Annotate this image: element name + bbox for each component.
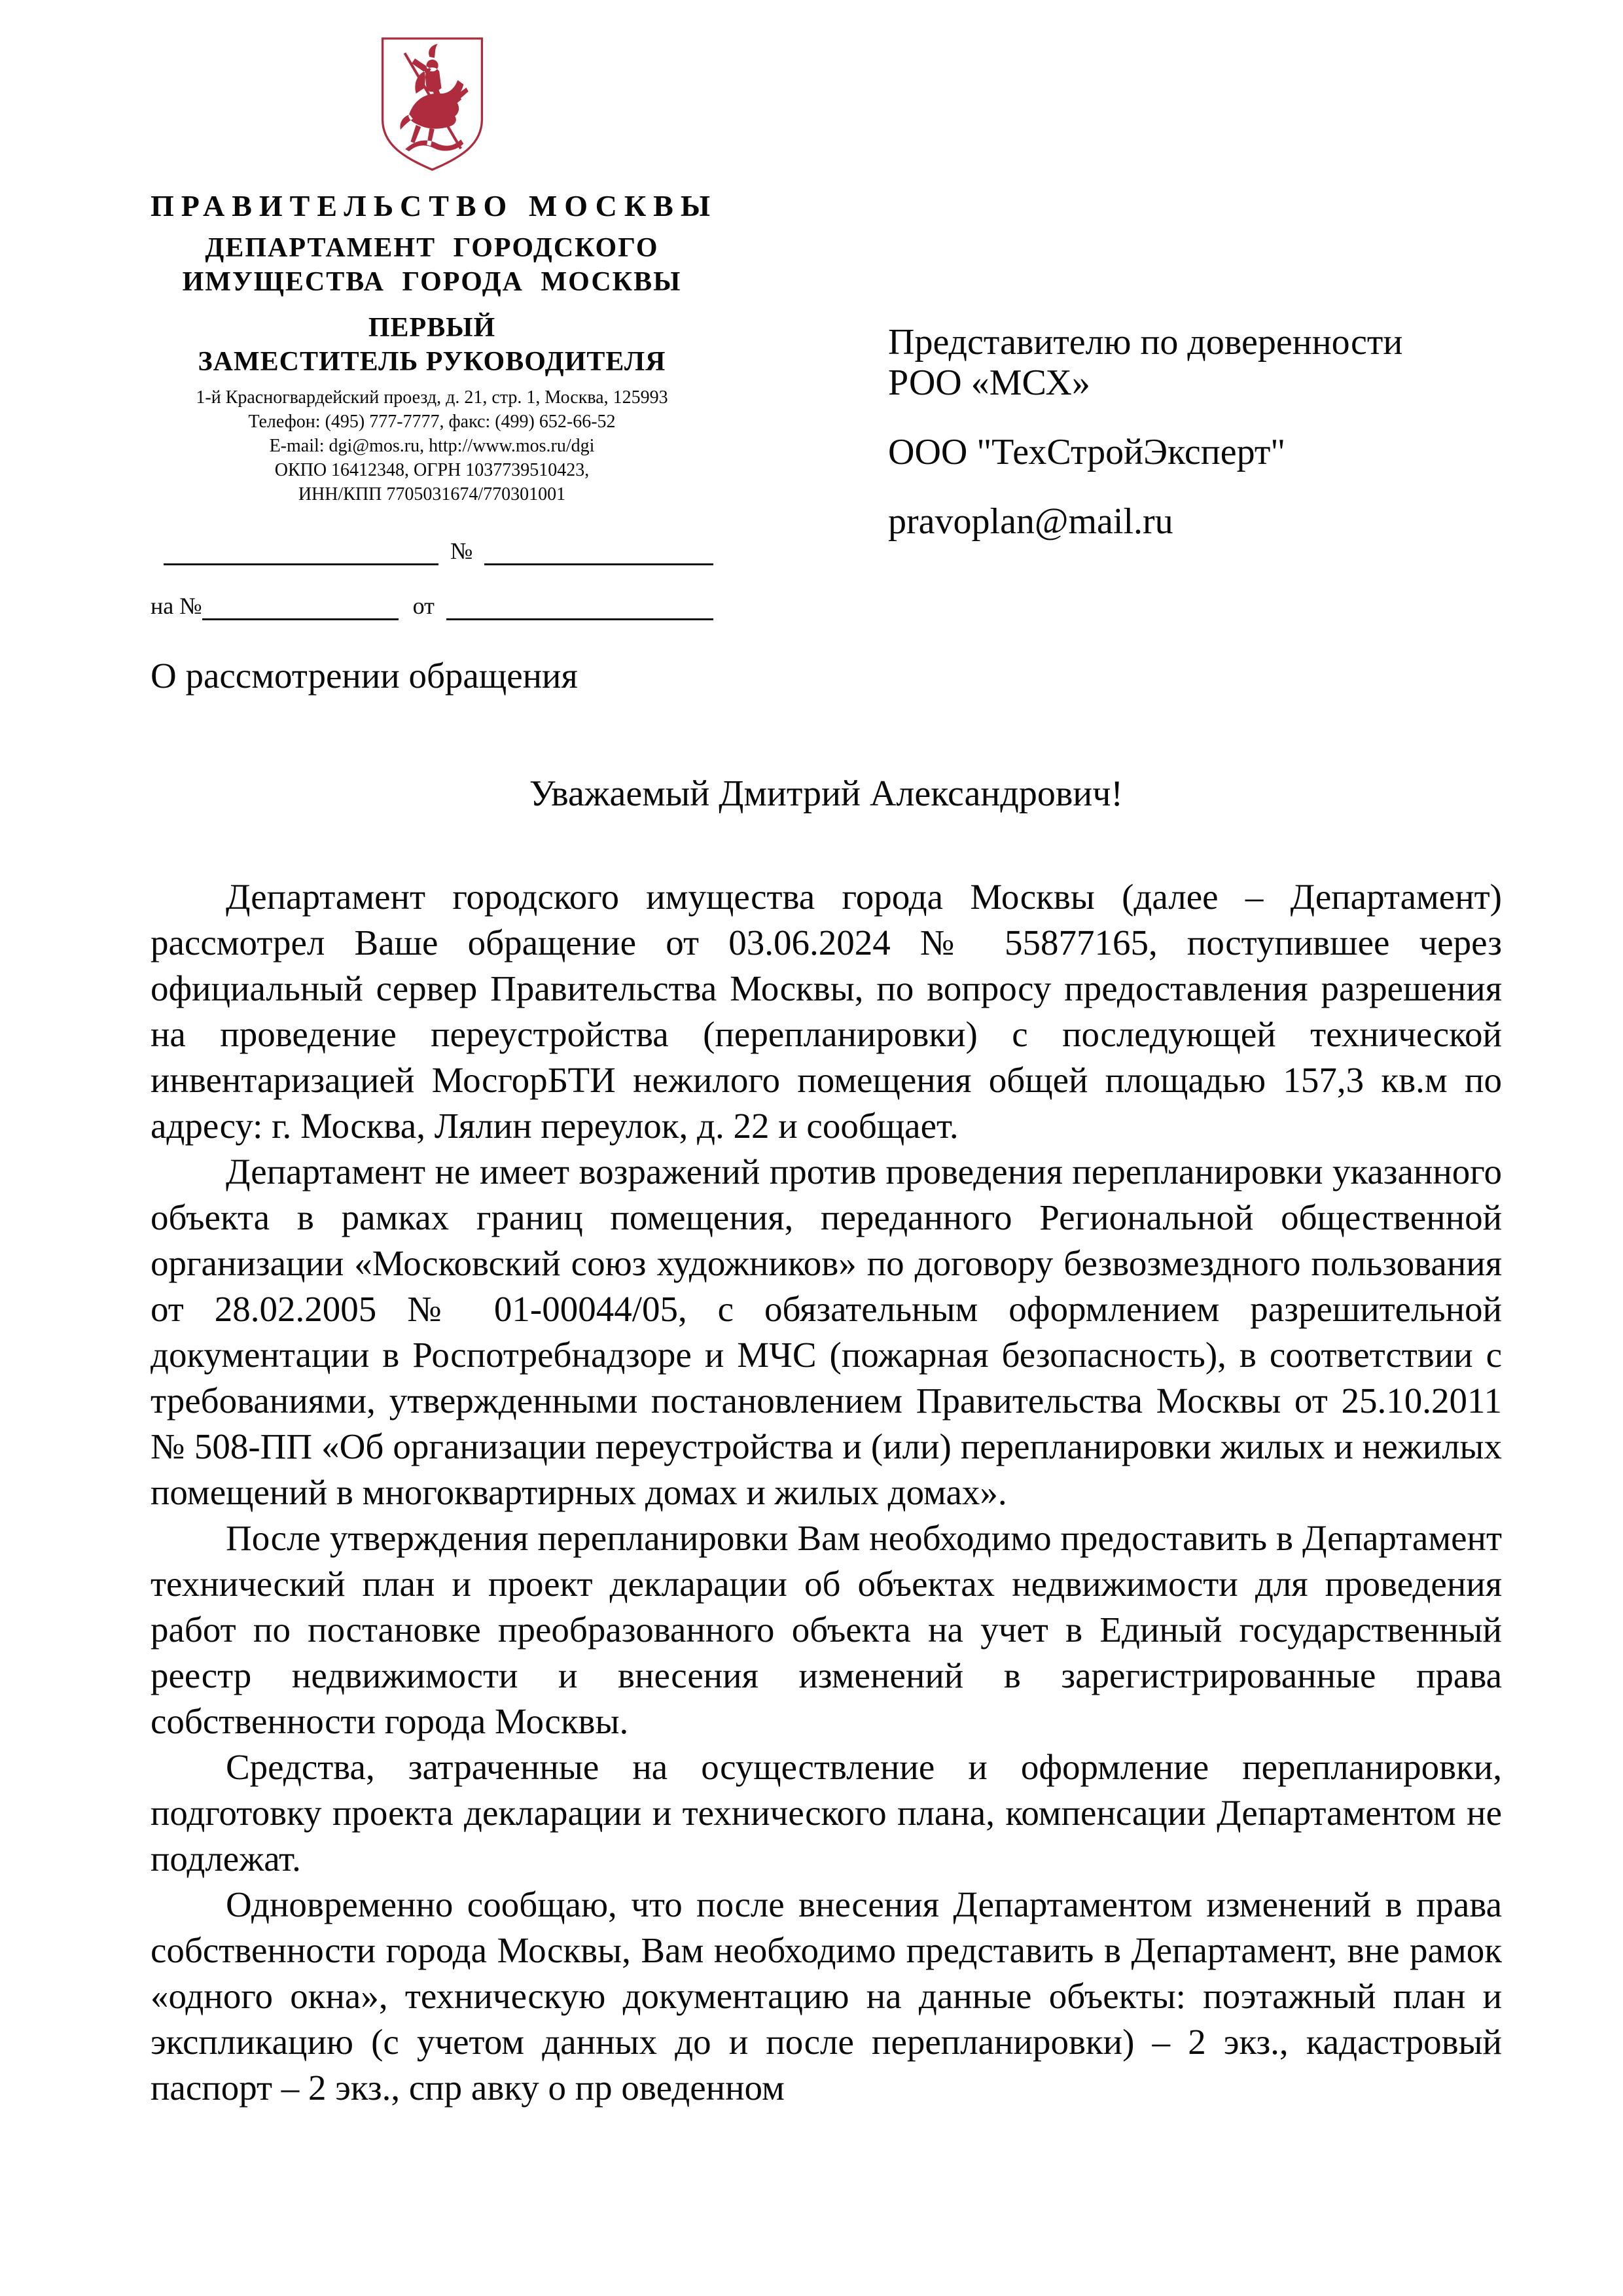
addressee-org: РОО «МСХ» [888, 362, 1529, 403]
outgoing-number-label: № [450, 537, 473, 565]
addressee-email: pravoplan@mail.ru [888, 501, 1529, 542]
signer-position: ПЕРВЫЙ ЗАМЕСТИТЕЛЬ РУКОВОДИТЕЛЯ [151, 311, 713, 379]
ref-line-incoming: на № от [151, 592, 713, 620]
letter-page: ПРАВИТЕЛЬСТВО МОСКВЫ ДЕПАРТАМЕНТ ГОРОДСК… [0, 0, 1623, 2296]
incoming-number-blank [202, 593, 399, 620]
incoming-date-blank [446, 593, 713, 620]
salutation: Уважаемый Дмитрий Александрович! [151, 773, 1502, 814]
subject-line: О рассмотрении обращения [151, 656, 578, 696]
body-text: Департамент городского имущества города … [151, 874, 1502, 2111]
body-paragraph: Департамент не имеет возражений против п… [151, 1149, 1502, 1515]
department-name-line1: ДЕПАРТАМЕНТ ГОРОДСКОГО [151, 231, 713, 265]
contact-email: E-mail: dgi@mos.ru, http://www.mos.ru/dg… [151, 434, 713, 458]
department-name-line2: ИМУЩЕСТВА ГОРОДА МОСКВЫ [151, 265, 713, 299]
body-paragraph: Средства, затраченные на осуществление и… [151, 1744, 1502, 1882]
contact-okpo-ogrn: ОКПО 16412348, ОГРН 1037739510423, [151, 458, 713, 482]
addressee-role: Представителю по доверенности [888, 322, 1529, 362]
signer-position-line1: ПЕРВЫЙ [151, 311, 713, 345]
outgoing-number-blank [484, 538, 713, 565]
incoming-number-label: на № [151, 592, 202, 620]
incoming-date-label: от [413, 592, 435, 620]
body-paragraph: После утверждения перепланировки Вам нео… [151, 1515, 1502, 1744]
government-title: ПРАВИТЕЛЬСТВО МОСКВЫ [151, 189, 713, 223]
addressee-block: Представителю по доверенности РОО «МСХ» … [888, 322, 1529, 542]
contact-inn-kpp: ИНН/КПП 7705031674/770301001 [151, 482, 713, 506]
contact-phone: Телефон: (495) 777-7777, факс: (499) 652… [151, 410, 713, 434]
body-paragraph: Одновременно сообщаю, что после внесения… [151, 1882, 1502, 2111]
outgoing-date-blank [164, 538, 438, 565]
body-paragraph: Департамент городского имущества города … [151, 874, 1502, 1149]
ref-line-outgoing: № [151, 537, 713, 565]
contact-info: 1-й Красногвардейский проезд, д. 21, стр… [151, 385, 713, 506]
signer-position-line2: ЗАМЕСТИТЕЛЬ РУКОВОДИТЕЛЯ [151, 345, 713, 379]
addressee-company: ООО "ТехСтройЭксперт" [888, 432, 1529, 472]
department-name: ДЕПАРТАМЕНТ ГОРОДСКОГО ИМУЩЕСТВА ГОРОДА … [151, 231, 713, 299]
letterhead: ПРАВИТЕЛЬСТВО МОСКВЫ ДЕПАРТАМЕНТ ГОРОДСК… [151, 34, 713, 620]
moscow-coat-of-arms-icon [378, 34, 486, 175]
contact-address: 1-й Красногвардейский проезд, д. 21, стр… [151, 385, 713, 410]
